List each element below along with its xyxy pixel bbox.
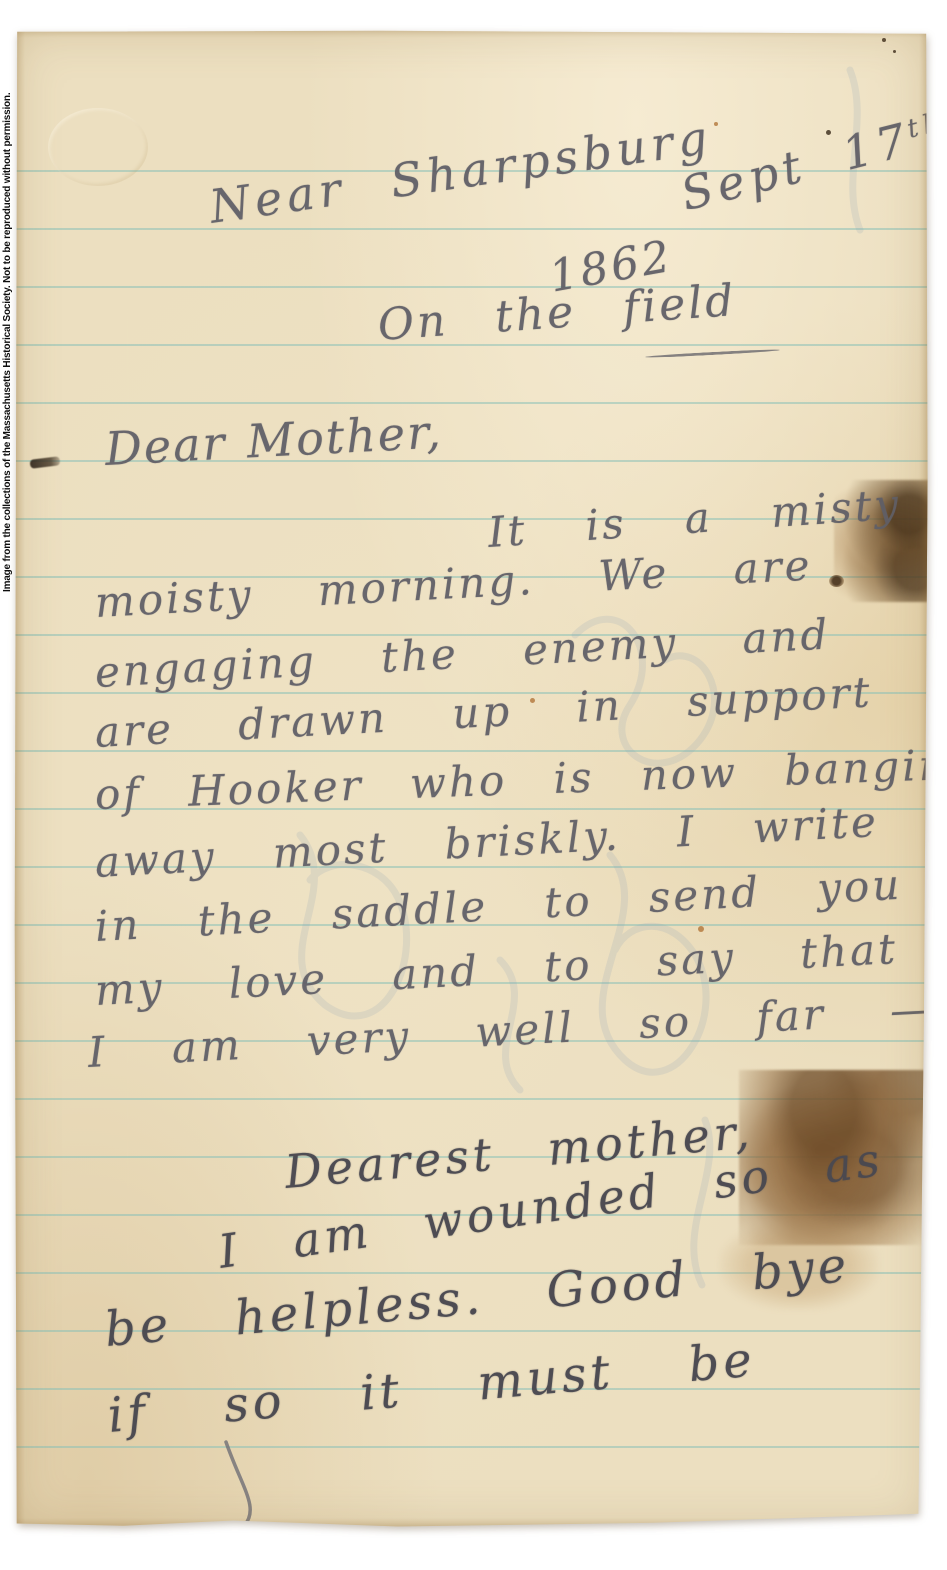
body-line: moisty morning. We are [94,540,814,627]
heading-date: Sept 17th [675,103,947,221]
letter-paper-wrap: Near Sharpsburg Sept 17th 1862 On the fi… [14,30,928,1528]
paper-speck [893,50,896,53]
paper-speck [698,926,704,932]
scanned-letter-page: Image from the collections of the Massac… [0,0,947,1570]
heading-date-suffix: th [904,107,947,145]
heading-date-main: Sept 17 [675,112,916,221]
letter-paper: Near Sharpsburg Sept 17th 1862 On the fi… [14,30,928,1528]
copyright-notice: Image from the collections of the Massac… [2,93,13,592]
salutation: Dear Mother, [104,404,444,476]
pen-flourish [645,348,780,358]
heading-place: Near Sharpsburg [206,110,715,234]
paper-speck [882,38,886,42]
paper-speck [714,122,718,126]
left-margin-mark [30,456,61,469]
embossed-stamp [48,108,148,186]
small-stain-dot [829,575,844,587]
heading-field-note: On the field [376,275,738,351]
